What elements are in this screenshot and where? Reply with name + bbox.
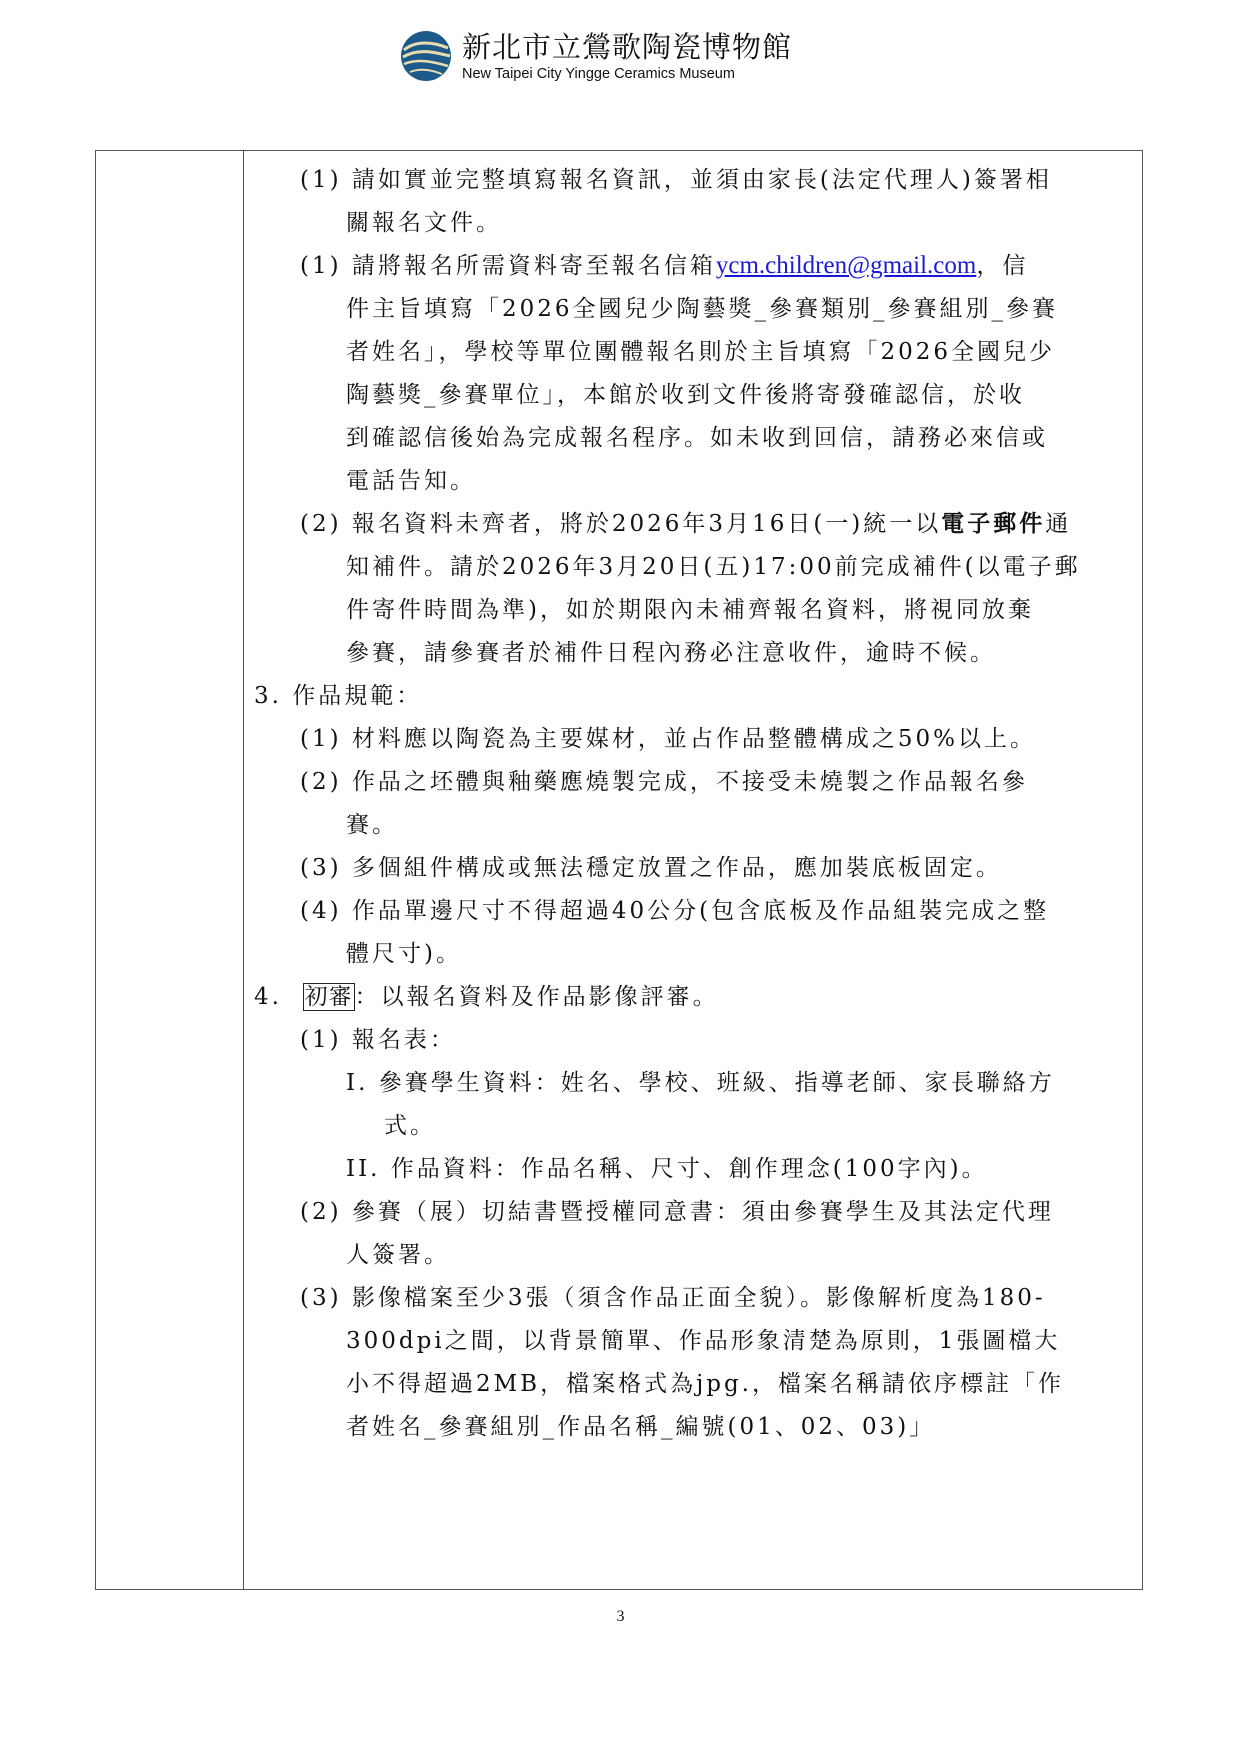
text-segment: 4. <box>254 984 303 1010</box>
text-line: 件主旨填寫「2026全國兒少陶藝獎_參賽類別_參賽組別_參賽 <box>346 294 1058 324</box>
text-line: 者姓名_參賽組別_作品名稱_編號(01、02、03)」 <box>346 1412 935 1442</box>
text-line: (1) 材料應以陶瓷為主要媒材，並占作品整體構成之50%以上。 <box>300 724 1036 754</box>
text-line: 知補件。請於2026年3月20日(五)17:00前完成補件(以電子郵 <box>346 552 1081 582</box>
page-header: 新北市立鶯歌陶瓷博物館 New Taipei City Yingge Ceram… <box>400 28 792 84</box>
text-line: (1) 請將報名所需資料寄至報名信箱ycm.children@gmail.com… <box>300 251 1028 281</box>
section-heading: 3. 作品規範： <box>254 681 422 711</box>
text-line: 關報名文件。 <box>346 208 502 238</box>
text-segment: (1) 請將報名所需資料寄至報名信箱 <box>300 253 716 279</box>
museum-swirl-logo-icon <box>400 30 452 82</box>
text-line: 小不得超過2MB，檔案格式為jpg.，檔案名稱請依序標註「作 <box>346 1369 1064 1399</box>
museum-title-zh: 新北市立鶯歌陶瓷博物館 <box>462 30 792 64</box>
section-heading: 4. 初審：以報名資料及作品影像評審。 <box>254 982 719 1012</box>
text-line: (4) 作品單邊尺寸不得超過40公分(包含底板及作品組裝完成之整 <box>300 896 1049 926</box>
text-line: 300dpi之間，以背景簡單、作品形象清楚為原則，1張圖檔大 <box>346 1326 1060 1356</box>
text-segment: ：以報名資料及作品影像評審。 <box>355 984 719 1010</box>
bold-text: 電子郵件 <box>941 510 1045 537</box>
text-line: 人簽署。 <box>346 1240 450 1270</box>
text-line: (1) 請如實並完整填寫報名資訊，並須由家長(法定代理人)簽署相 <box>300 165 1052 195</box>
text-line: 賽。 <box>346 810 398 840</box>
text-segment: (2) 報名資料未齊者，將於2026年3月16日(一)統一以 <box>300 511 941 537</box>
boxed-label: 初審 <box>303 983 355 1011</box>
text-line: 參賽，請參賽者於補件日程內務必注意收件，逾時不候。 <box>346 638 996 668</box>
content-table: (1) 請如實並完整填寫報名資訊，並須由家長(法定代理人)簽署相 關報名文件。 … <box>95 150 1143 1590</box>
text-line: (3) 影像檔案至少3張（須含作品正面全貌）。影像解析度為180- <box>300 1283 1046 1313</box>
text-line: 電話告知。 <box>346 466 476 496</box>
text-line: 陶藝獎_參賽單位」，本館於收到文件後將寄發確認信，於收 <box>346 380 1025 410</box>
text-line: I. 參賽學生資料：姓名、學校、班級、指導老師、家長聯絡方 <box>346 1068 1055 1098</box>
text-line: (3) 多個組件構成或無法穩定放置之作品，應加裝底板固定。 <box>300 853 1002 883</box>
text-line: (2) 參賽（展）切結書暨授權同意書：須由參賽學生及其法定代理 <box>300 1197 1054 1227</box>
text-line: 者姓名」，學校等單位團體報名則於主旨填寫「2026全國兒少 <box>346 337 1055 367</box>
text-segment: 通 <box>1045 511 1071 537</box>
text-line: (2) 作品之坯體與釉藥應燒製完成，不接受未燒製之作品報名參 <box>300 767 1028 797</box>
text-line: 式。 <box>384 1111 436 1141</box>
text-line: 體尺寸)。 <box>346 939 462 969</box>
text-line: II. 作品資料：作品名稱、尺寸、創作理念(100字內)。 <box>346 1154 988 1184</box>
museum-title-en: New Taipei City Yingge Ceramics Museum <box>462 65 792 83</box>
text-line: 件寄件時間為準)，如於期限內未補齊報名資料，將視同放棄 <box>346 595 1034 625</box>
text-segment: ，信 <box>976 253 1028 279</box>
text-line: (2) 報名資料未齊者，將於2026年3月16日(一)統一以電子郵件通 <box>300 509 1071 539</box>
text-line: 到確認信後始為完成報名程序。如未收到回信，請務必來信或 <box>346 423 1048 453</box>
table-content-cell: (1) 請如實並完整填寫報名資訊，並須由家長(法定代理人)簽署相 關報名文件。 … <box>244 151 1142 1589</box>
table-left-column <box>96 151 244 1589</box>
text-line: (1) 報名表： <box>300 1025 456 1055</box>
registration-email-link[interactable]: ycm.children@gmail.com <box>716 252 976 279</box>
page-number: 3 <box>0 1608 1241 1626</box>
